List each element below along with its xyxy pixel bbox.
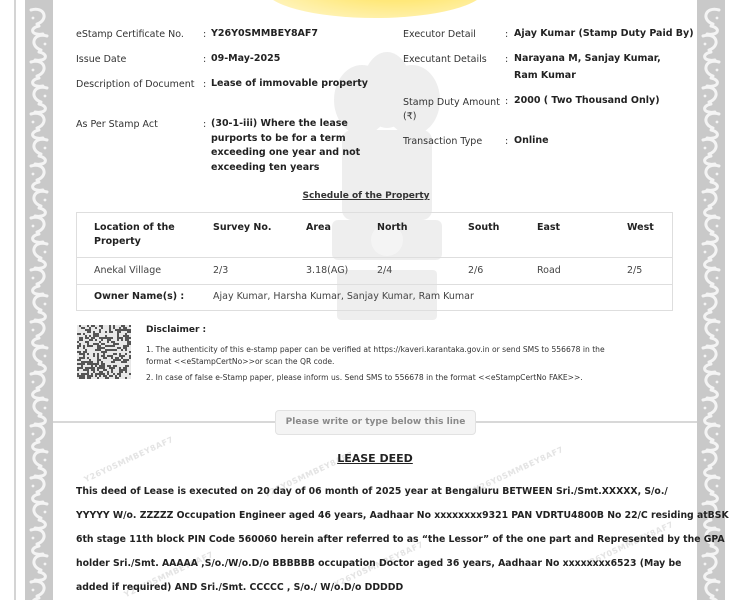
qr-code-icon[interactable]	[77, 325, 131, 379]
colon: :	[203, 54, 206, 65]
colon: :	[505, 29, 508, 40]
cell-area: 3.18(AG)	[306, 265, 348, 276]
lease-deed-title: LEASE DEED	[0, 452, 732, 465]
executant-line: Ram Kumar	[514, 69, 661, 84]
cert-no-value: Y26Y0SMMBEY8AF7	[211, 27, 318, 42]
executor-value: Ajay Kumar (Stamp Duty Paid By)	[514, 27, 694, 42]
description-label: Description of Document	[76, 79, 195, 90]
cell-west: 2/5	[627, 265, 642, 276]
stamp-duty-value: 2000 ( Two Thousand Only)	[514, 94, 660, 109]
stamp-act-label: As Per Stamp Act	[76, 119, 158, 130]
top-yellow-seal	[265, 0, 485, 18]
stamp-act-line: (30-1-iii) Where the lease	[211, 117, 360, 132]
write-below-line-notice: Please write or type below this line	[275, 410, 476, 435]
colon: :	[203, 29, 206, 40]
description-value: Lease of immovable property	[211, 77, 368, 92]
left-ornamental-border	[25, 0, 53, 600]
stamp-act-line: exceeding one year and not	[211, 146, 360, 161]
header-area: Area	[306, 221, 331, 235]
cell-east: Road	[537, 265, 561, 276]
rupee-symbol-label: (₹)	[403, 110, 500, 124]
cell-location: Anekal Village	[94, 265, 161, 276]
header-location-line: Location of the	[94, 221, 175, 235]
deed-text-line: YYYYY W/o. ZZZZZ Occupation Engineer age…	[76, 510, 729, 521]
header-north: North	[377, 221, 407, 235]
disclaimer-line: format <<eStampCertNo>>or scan the QR co…	[146, 356, 646, 368]
deed-text-line: This deed of Lease is executed on 20 day…	[76, 486, 668, 497]
deed-text-line: 6th stage 11th block PIN Code 560060 her…	[76, 534, 725, 545]
disclaimer-item-2: 2. In case of false e-Stamp paper, pleas…	[146, 372, 646, 384]
left-frame-line	[14, 0, 16, 600]
stamp-act-value: (30-1-iii) Where the lease purports to b…	[211, 117, 360, 175]
stamp-duty-label: Stamp Duty Amount (₹)	[403, 96, 500, 124]
header-location: Location of the Property	[94, 221, 175, 249]
header-south: South	[468, 221, 499, 235]
cell-survey-no: 2/3	[213, 265, 228, 276]
executor-label: Executor Detail	[403, 29, 476, 40]
issue-date-value: 09-May-2025	[211, 52, 280, 67]
transaction-type-value: Online	[514, 134, 549, 149]
owner-row: Owner Name(s) : Ajay Kumar, Harsha Kumar…	[77, 285, 672, 310]
colon: :	[505, 54, 508, 65]
stamp-duty-label-line: Stamp Duty Amount	[403, 96, 500, 110]
colon: :	[505, 136, 508, 147]
stamp-act-line: exceeding ten years	[211, 161, 360, 176]
colon: :	[505, 96, 508, 107]
owner-names-label: Owner Name(s) :	[94, 291, 184, 302]
transaction-type-label: Transaction Type	[403, 136, 482, 147]
owner-names-value: Ajay Kumar, Harsha Kumar, Sanjay Kumar, …	[213, 291, 474, 302]
estamp-certificate-page: eStamp Certificate No. : Y26Y0SMMBEY8AF7…	[0, 0, 732, 600]
property-schedule-table: Location of the Property Survey No. Area…	[76, 212, 673, 311]
colon: :	[203, 119, 206, 130]
cell-south: 2/6	[468, 265, 483, 276]
executant-line: Narayana M, Sanjay Kumar,	[514, 52, 661, 67]
table-header-row: Location of the Property Survey No. Area…	[77, 213, 672, 258]
executant-value: Narayana M, Sanjay Kumar, Ram Kumar	[514, 52, 661, 83]
cert-no-label: eStamp Certificate No.	[76, 29, 184, 40]
cell-north: 2/4	[377, 265, 392, 276]
header-west: West	[627, 221, 654, 235]
stamp-act-line: purports to be for a term	[211, 132, 360, 147]
header-location-line: Property	[94, 235, 175, 249]
schedule-title: Schedule of the Property	[0, 191, 732, 201]
disclaimer-item-1: 1. The authenticity of this e-stamp pape…	[146, 344, 646, 367]
disclaimer-line: 1. The authenticity of this e-stamp pape…	[146, 344, 646, 356]
executant-label: Executant Details	[403, 54, 487, 65]
header-survey-no: Survey No.	[213, 221, 272, 235]
deed-text-line: holder Sri./Smt. AAAAA ,S/o./W/o.D/o BBB…	[76, 558, 681, 569]
disclaimer-title: Disclaimer :	[146, 325, 206, 335]
deed-text-line: added if required) AND Sri./Smt. CCCCC ,…	[76, 582, 403, 593]
table-row: Anekal Village 2/3 3.18(AG) 2/4 2/6 Road…	[77, 258, 672, 285]
colon: :	[203, 79, 206, 90]
header-east: East	[537, 221, 560, 235]
issue-date-label: Issue Date	[76, 54, 126, 65]
